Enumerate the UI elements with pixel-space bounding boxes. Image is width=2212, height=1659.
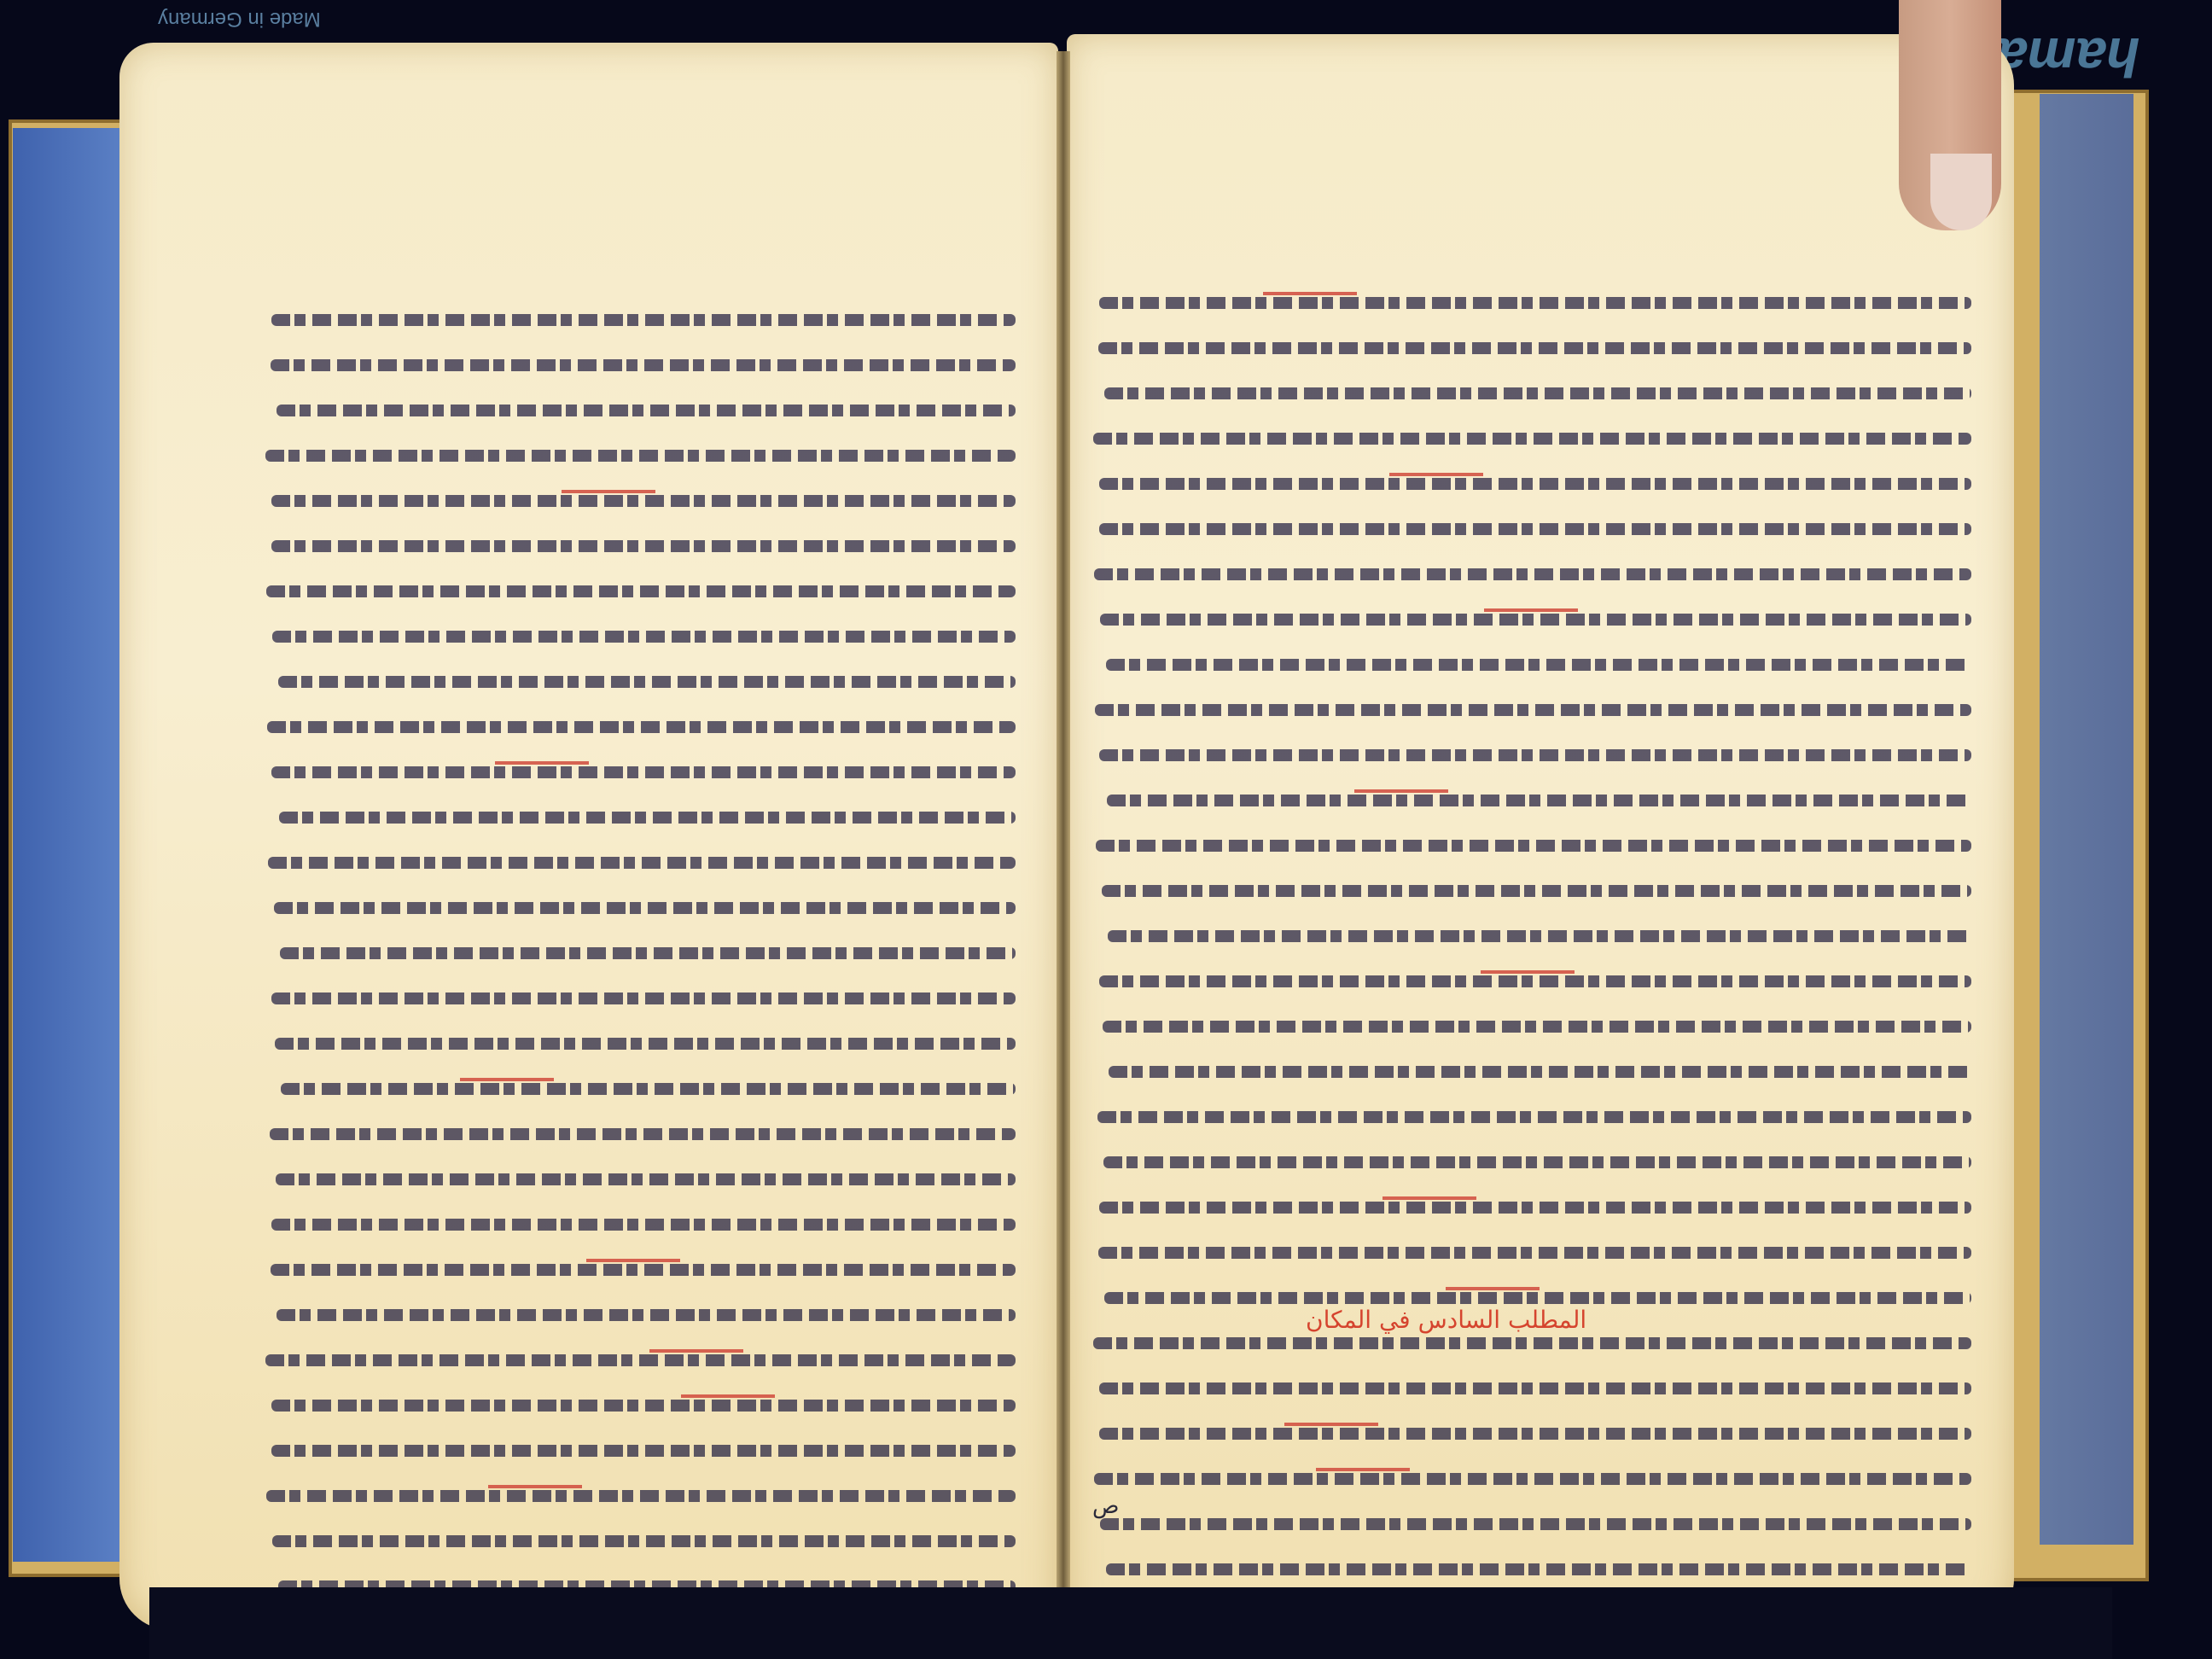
text-line bbox=[265, 796, 1016, 841]
text-line bbox=[265, 344, 1016, 389]
text-line bbox=[1092, 1005, 1971, 1051]
made-in-germany-label: Made in Germany bbox=[158, 7, 321, 31]
thumbnail-nail bbox=[1930, 154, 1992, 230]
book-spine bbox=[1057, 51, 1070, 1630]
text-line bbox=[1092, 960, 1971, 1005]
text-line bbox=[265, 434, 1016, 480]
text-line bbox=[1092, 598, 1971, 643]
text-line bbox=[265, 932, 1016, 977]
text-line bbox=[265, 525, 1016, 570]
text-line bbox=[1092, 779, 1971, 824]
text-line bbox=[265, 661, 1016, 706]
text-line bbox=[1092, 463, 1971, 508]
text-line bbox=[265, 1022, 1016, 1068]
text-line bbox=[1092, 1096, 1971, 1141]
text-line bbox=[265, 751, 1016, 796]
text-line bbox=[1092, 1458, 1971, 1503]
text-line bbox=[265, 977, 1016, 1022]
cover-blue-edge-right bbox=[2040, 94, 2133, 1545]
folio-mark: ص bbox=[1092, 1493, 1119, 1519]
text-line bbox=[265, 299, 1016, 344]
text-line bbox=[1092, 1186, 1971, 1231]
text-line bbox=[265, 1249, 1016, 1294]
text-line bbox=[1092, 1051, 1971, 1096]
text-line bbox=[1092, 734, 1971, 779]
right-page-text bbox=[1092, 282, 1971, 1639]
chapter-rubric: المطلب السادس في المكان bbox=[1306, 1306, 1586, 1334]
text-line bbox=[265, 1384, 1016, 1429]
text-line bbox=[265, 1520, 1016, 1565]
text-line bbox=[265, 1429, 1016, 1475]
text-line bbox=[265, 1339, 1016, 1384]
text-line bbox=[1092, 508, 1971, 553]
text-line bbox=[1092, 643, 1971, 689]
text-line bbox=[1092, 327, 1971, 372]
text-line bbox=[265, 1158, 1016, 1203]
text-line bbox=[1092, 689, 1971, 734]
text-line bbox=[265, 389, 1016, 434]
text-line bbox=[1092, 417, 1971, 463]
text-line bbox=[1092, 1231, 1971, 1277]
text-line bbox=[265, 1068, 1016, 1113]
text-line bbox=[1092, 553, 1971, 598]
text-line bbox=[1092, 372, 1971, 417]
text-line bbox=[1092, 1367, 1971, 1412]
text-line bbox=[265, 480, 1016, 525]
text-line bbox=[1092, 1141, 1971, 1186]
text-line bbox=[1092, 824, 1971, 870]
left-page-text bbox=[265, 299, 1016, 1610]
text-line bbox=[265, 1203, 1016, 1249]
text-line bbox=[265, 841, 1016, 887]
text-line bbox=[265, 570, 1016, 615]
text-line bbox=[265, 1294, 1016, 1339]
text-line bbox=[265, 1475, 1016, 1520]
text-line bbox=[1092, 282, 1971, 327]
brand-label: hama bbox=[1997, 26, 2139, 89]
text-line bbox=[1092, 915, 1971, 960]
cover-blue-edge-left bbox=[13, 128, 119, 1562]
text-line bbox=[265, 706, 1016, 751]
text-line bbox=[265, 1113, 1016, 1158]
text-line bbox=[1092, 1412, 1971, 1458]
text-line bbox=[265, 615, 1016, 661]
text-line bbox=[1092, 1503, 1971, 1548]
text-line bbox=[1092, 870, 1971, 915]
dark-surface bbox=[149, 1587, 2112, 1659]
text-line bbox=[265, 887, 1016, 932]
